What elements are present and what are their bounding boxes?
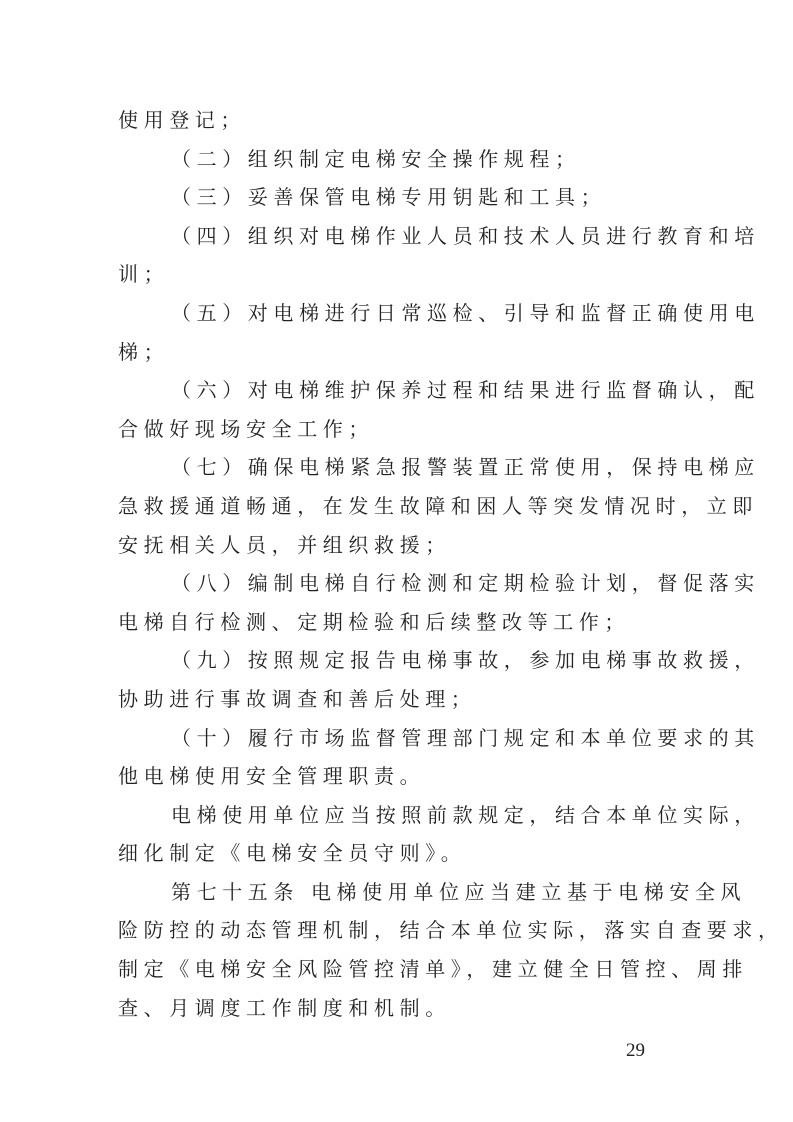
text-line: （三）妥善保管电梯专用钥匙和工具； bbox=[118, 178, 674, 217]
text-line: （五）对电梯进行日常巡检、引导和监督正确使用电 bbox=[118, 294, 674, 333]
text-line: （十）履行市场监督管理部门规定和本单位要求的其 bbox=[118, 719, 674, 758]
text-line: 训； bbox=[118, 255, 674, 294]
text-line: （六）对电梯维护保养过程和结果进行监督确认，配 bbox=[118, 371, 674, 410]
text-line: 急救援通道畅通，在发生故障和困人等突发情况时，立即 bbox=[118, 487, 674, 526]
text-line: 险防控的动态管理机制，结合本单位实际，落实自查要求， bbox=[118, 911, 674, 950]
document-body: 使用登记； （二）组织制定电梯安全操作规程； （三）妥善保管电梯专用钥匙和工具；… bbox=[118, 101, 674, 1027]
text-line: 细化制定《电梯安全员守则》。 bbox=[118, 834, 674, 873]
text-line: 他电梯使用安全管理职责。 bbox=[118, 757, 674, 796]
page-number: 29 bbox=[626, 1040, 645, 1062]
text-line: （四）组织对电梯作业人员和技术人员进行教育和培 bbox=[118, 217, 674, 256]
text-line: 查、月调度工作制度和机制。 bbox=[118, 989, 674, 1028]
text-line: 合做好现场安全工作； bbox=[118, 410, 674, 449]
text-line: 制定《电梯安全风险管控清单》，建立健全日管控、周排 bbox=[118, 950, 674, 989]
text-line: （八）编制电梯自行检测和定期检验计划，督促落实 bbox=[118, 564, 674, 603]
text-line: 安抚相关人员，并组织救援； bbox=[118, 526, 674, 565]
article-heading-line: 第七十五条 电梯使用单位应当建立基于电梯安全风 bbox=[118, 873, 674, 912]
text-line: （七）确保电梯紧急报警装置正常使用，保持电梯应 bbox=[118, 448, 674, 487]
text-line: 梯； bbox=[118, 333, 674, 372]
text-line: 使用登记； bbox=[118, 101, 674, 140]
text-line: 电梯使用单位应当按照前款规定，结合本单位实际， bbox=[118, 796, 674, 835]
text-line: （九）按照规定报告电梯事故，参加电梯事故救援， bbox=[118, 641, 674, 680]
text-line: （二）组织制定电梯安全操作规程； bbox=[118, 140, 674, 179]
text-line: 协助进行事故调查和善后处理； bbox=[118, 680, 674, 719]
text-line: 电梯自行检测、定期检验和后续整改等工作； bbox=[118, 603, 674, 642]
